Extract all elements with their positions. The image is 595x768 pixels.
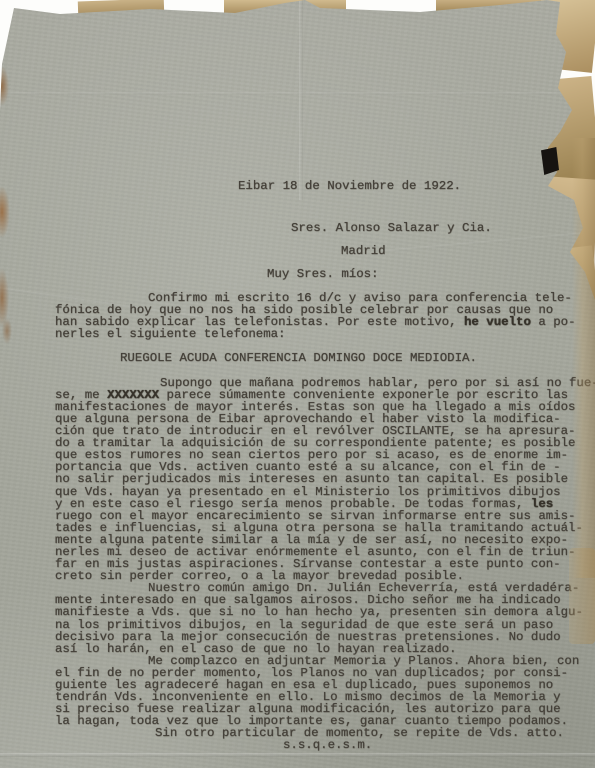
letter-line: manifieste a Vds. que si no lo han hecho… <box>55 606 595 618</box>
letter-line: nerles el siguiente telefonema: <box>55 328 595 340</box>
letter-line: que Vds. hayan ya presentado en el Minis… <box>55 486 595 498</box>
letter-line: ruego con el mayor encarecimiento se sir… <box>55 510 595 522</box>
letter-line: na los primitivos dibujos, en la segurid… <box>55 619 595 631</box>
letter-line: y en este caso el riesgo sería menos pro… <box>55 498 595 510</box>
rust-stain <box>0 66 9 106</box>
bold-typewriter-text: he vuelto <box>464 315 531 329</box>
right-fold-strip <box>572 138 595 578</box>
rust-stain <box>0 14 10 40</box>
letter-line: decisivo para la mejor consecución de nu… <box>55 631 595 643</box>
city-line: Madrid <box>341 244 386 258</box>
fold-crease <box>0 92 595 95</box>
recipient-line: Sres. Alonso Salazar y Cia. <box>291 221 492 235</box>
fold-crease <box>0 753 595 757</box>
fold-crease <box>299 0 303 200</box>
right-tan-patch <box>569 548 595 644</box>
tear-hole <box>541 147 559 175</box>
letter-line: RUEGOLE ACUDA CONFERENCIA DOMINGO DOCE M… <box>55 352 595 364</box>
rust-stain <box>0 186 10 238</box>
paper-sheet: Eibar 18 de Noviembre de 1922. Sres. Alo… <box>0 0 595 768</box>
letter-line: s.s.q.e.s.m. <box>55 739 595 751</box>
salutation-line: Muy Sres. míos: <box>267 267 379 281</box>
letter-line <box>55 365 595 377</box>
date-line: Eibar 18 de Noviembre de 1922. <box>238 179 461 193</box>
rust-stain <box>2 318 12 344</box>
letter-body: Confirmo mi escrito 16 d/c y aviso para … <box>55 292 595 752</box>
letter-line: así lo harán, en el caso de que no lo ha… <box>55 643 595 655</box>
letter-line: no salir perjudicados mis intereses en a… <box>55 473 595 485</box>
letter-scan: Eibar 18 de Noviembre de 1922. Sres. Alo… <box>0 0 595 768</box>
